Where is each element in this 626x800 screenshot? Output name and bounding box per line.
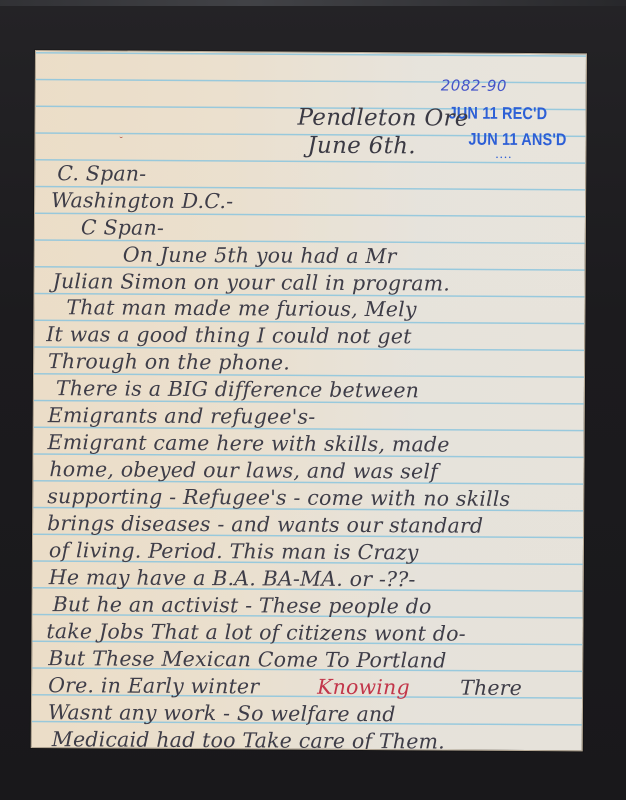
- answered-stamp: JUN 11 ANS'D: [468, 130, 566, 151]
- black-mat-background: ˘ 2082-90 JUN 11 REC'D JUN 11 ANS'D ....…: [0, 0, 626, 800]
- letter-date: June 6th.: [307, 133, 416, 160]
- body-line: Through on the phone.: [48, 349, 290, 374]
- body-line: There is a BIG difference between: [56, 376, 419, 402]
- body-line: But These Mexican Come To Portland: [48, 646, 446, 672]
- body-line: brings diseases - and wants our standard: [47, 511, 483, 538]
- salutation-line-2: Washington D.C.-: [51, 188, 233, 213]
- letter-place: Pendleton Ore: [298, 105, 469, 132]
- red-ink-word: Knowing: [317, 675, 410, 700]
- body-line: of living. Period. This man is Crazy: [49, 538, 419, 564]
- body-line: Wasnt any work - So welfare and: [48, 700, 396, 726]
- body-line: home, obeyed our laws, and was self: [49, 457, 438, 483]
- body-line: Julian Simon on your call in program.: [53, 269, 451, 295]
- letter-paper: ˘ 2082-90 JUN 11 REC'D JUN 11 ANS'D ....…: [31, 50, 587, 751]
- body-line: But he an activist - These people do: [53, 592, 432, 618]
- body-line: That man made me furious, Mely: [66, 295, 416, 321]
- salutation-line-3: C Span-: [81, 215, 164, 240]
- stamp-dots: ....: [495, 146, 512, 162]
- red-mark: ˘: [119, 136, 122, 147]
- file-number-annotation: 2082-90: [441, 76, 507, 94]
- body-line: He may have a B.A. BA-MA. or -??-: [49, 565, 416, 591]
- body-line: It was a good thing I could not get: [46, 322, 411, 348]
- body-line: take Jobs That a lot of citizens wont do…: [46, 619, 466, 646]
- body-line: There: [460, 676, 522, 700]
- body-line: On June 5th you had a Mr: [123, 243, 397, 269]
- body-line: Medicaid had too Take care of Them.: [52, 727, 445, 751]
- frame-top-edge: [0, 0, 626, 6]
- body-line: supporting - Refugee's - come with no sk…: [47, 484, 510, 511]
- body-line: Ore. in Early winter: [48, 673, 259, 698]
- salutation-line-1: C. Span-: [57, 161, 146, 186]
- body-line: Emigrants and refugee's-: [48, 403, 316, 429]
- body-line: Emigrant came here with skills, made: [48, 430, 450, 456]
